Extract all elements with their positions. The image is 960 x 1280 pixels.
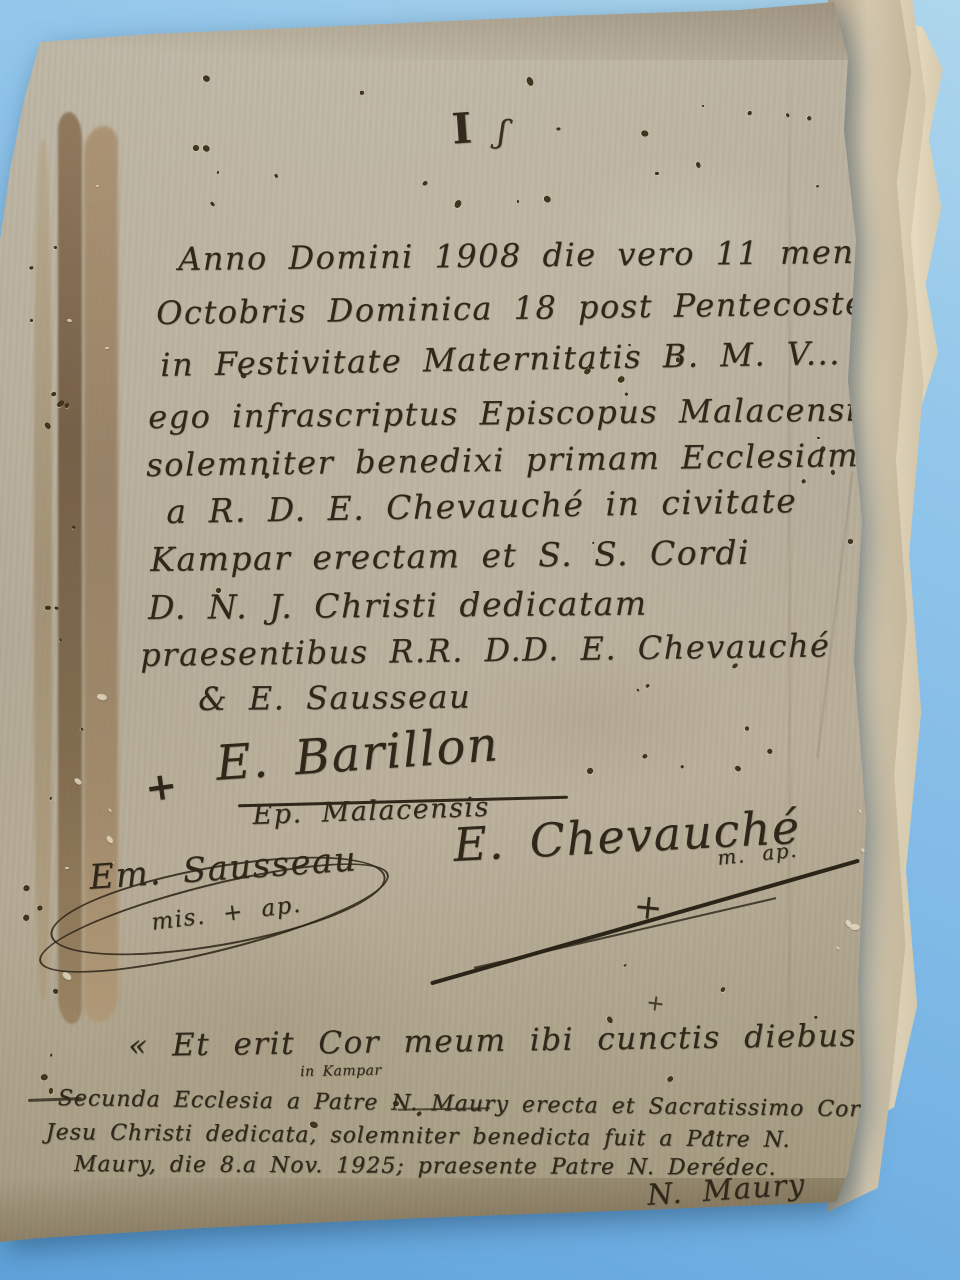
wormhole: [543, 195, 552, 204]
wormhole: [655, 172, 659, 175]
wormhole: [22, 913, 30, 921]
wormhole: [201, 75, 211, 84]
wormhole: [641, 130, 649, 137]
wormhole: [616, 375, 626, 384]
note-interlinear: in Kampar: [300, 1063, 382, 1080]
spine-damage-ridge: [58, 112, 82, 1024]
wormhole: [48, 1088, 53, 1094]
wormhole: [421, 180, 428, 187]
vertical-crease: [788, 50, 791, 1180]
note-line-1: Secunda Ecclesia a Patre N. Maury erecta…: [58, 1086, 885, 1123]
photo-backdrop: I ʃ Anno Domini 1908 die vero 11 mensis …: [0, 0, 960, 1280]
wormhole: [745, 726, 749, 731]
maury-signature-underline: [684, 1234, 782, 1245]
wormhole: [624, 964, 628, 967]
maury-signature-title: m. ap.: [692, 1205, 771, 1232]
wormhole: [695, 162, 701, 169]
wormhole: [556, 127, 560, 130]
wormhole: [30, 319, 34, 323]
note-quote: « Et erit Cor meum ibi cunctis diebus »: [128, 1017, 901, 1064]
wormhole: [40, 1074, 49, 1082]
wormhole: [816, 185, 819, 188]
wormhole: [642, 753, 648, 759]
wormhole: [748, 111, 752, 115]
spine-damage-highlight: [34, 140, 52, 1000]
wormhole: [681, 764, 685, 768]
note-line-2: Jesu Christi dedicata, solemniter benedi…: [46, 1120, 791, 1153]
wormhole: [666, 1076, 674, 1083]
torn-top-edge-shading: [0, 0, 870, 60]
act-line-9: praesentibus R.R. D.D. E. Chevauché: [140, 626, 831, 674]
wormhole: [274, 173, 278, 178]
wormhole: [525, 76, 534, 87]
wormhole: [734, 765, 741, 772]
wormhole: [217, 171, 219, 174]
paper-fleck: [857, 411, 864, 418]
chevauche-signature-cross: +: [632, 886, 666, 929]
page-number: I: [450, 103, 473, 153]
wormhole: [192, 144, 200, 152]
manuscript-page: I ʃ Anno Domini 1908 die vero 11 mensis …: [0, 0, 960, 1280]
ink-tick-mark: ʃ: [496, 112, 510, 151]
bishop-signature-cross: +: [142, 761, 181, 810]
wormhole: [210, 201, 215, 206]
act-line-5: solemniter benedixi primam Ecclesiam: [146, 436, 859, 484]
chevauche-underline-flourish-thin: [474, 897, 776, 968]
paper-fleck: [861, 848, 866, 853]
wormhole: [202, 144, 211, 153]
paper-fleck: [95, 184, 99, 186]
wormhole: [785, 112, 790, 117]
wormhole: [50, 1054, 52, 1057]
wormhole: [23, 885, 29, 891]
bishop-signature: E. Barillon: [214, 716, 501, 792]
act-line-1: Anno Domini 1908 die vero 11 mensis: [178, 232, 902, 278]
wormhole: [801, 478, 806, 483]
act-line-7: Kampar erectam et S. S. Cordi: [150, 533, 750, 579]
paper-fleck: [850, 924, 860, 930]
act-line-3: in Festivitate Maternitatis B. M. V...: [160, 334, 841, 384]
wormhole: [454, 199, 463, 209]
diagonal-crease: [816, 471, 853, 759]
wormhole: [30, 266, 35, 270]
wormhole: [645, 683, 650, 688]
act-line-10: & E. Sausseau: [198, 678, 471, 718]
wormhole: [848, 538, 854, 543]
wormhole: [637, 689, 640, 692]
act-line-4: ego infrascriptus Episcopus Malacensis: [148, 390, 876, 436]
wormhole: [720, 987, 726, 993]
paper-fleck: [858, 809, 862, 813]
stray-ink-plus: +: [645, 990, 668, 1018]
paper-sheet: I ʃ Anno Domini 1908 die vero 11 mensis …: [0, 0, 960, 1280]
paper-fleck: [835, 946, 839, 950]
wormhole: [766, 749, 773, 756]
wormhole: [359, 90, 363, 94]
wormhole: [54, 606, 59, 609]
act-line-6: a R. D. E. Chevauché in civitate: [166, 481, 798, 531]
wormhole: [517, 200, 520, 203]
wormhole: [586, 768, 594, 776]
wormhole: [806, 115, 812, 121]
wormhole: [701, 104, 704, 107]
act-line-8: D. N. J. Christi dedicatam: [148, 584, 648, 627]
